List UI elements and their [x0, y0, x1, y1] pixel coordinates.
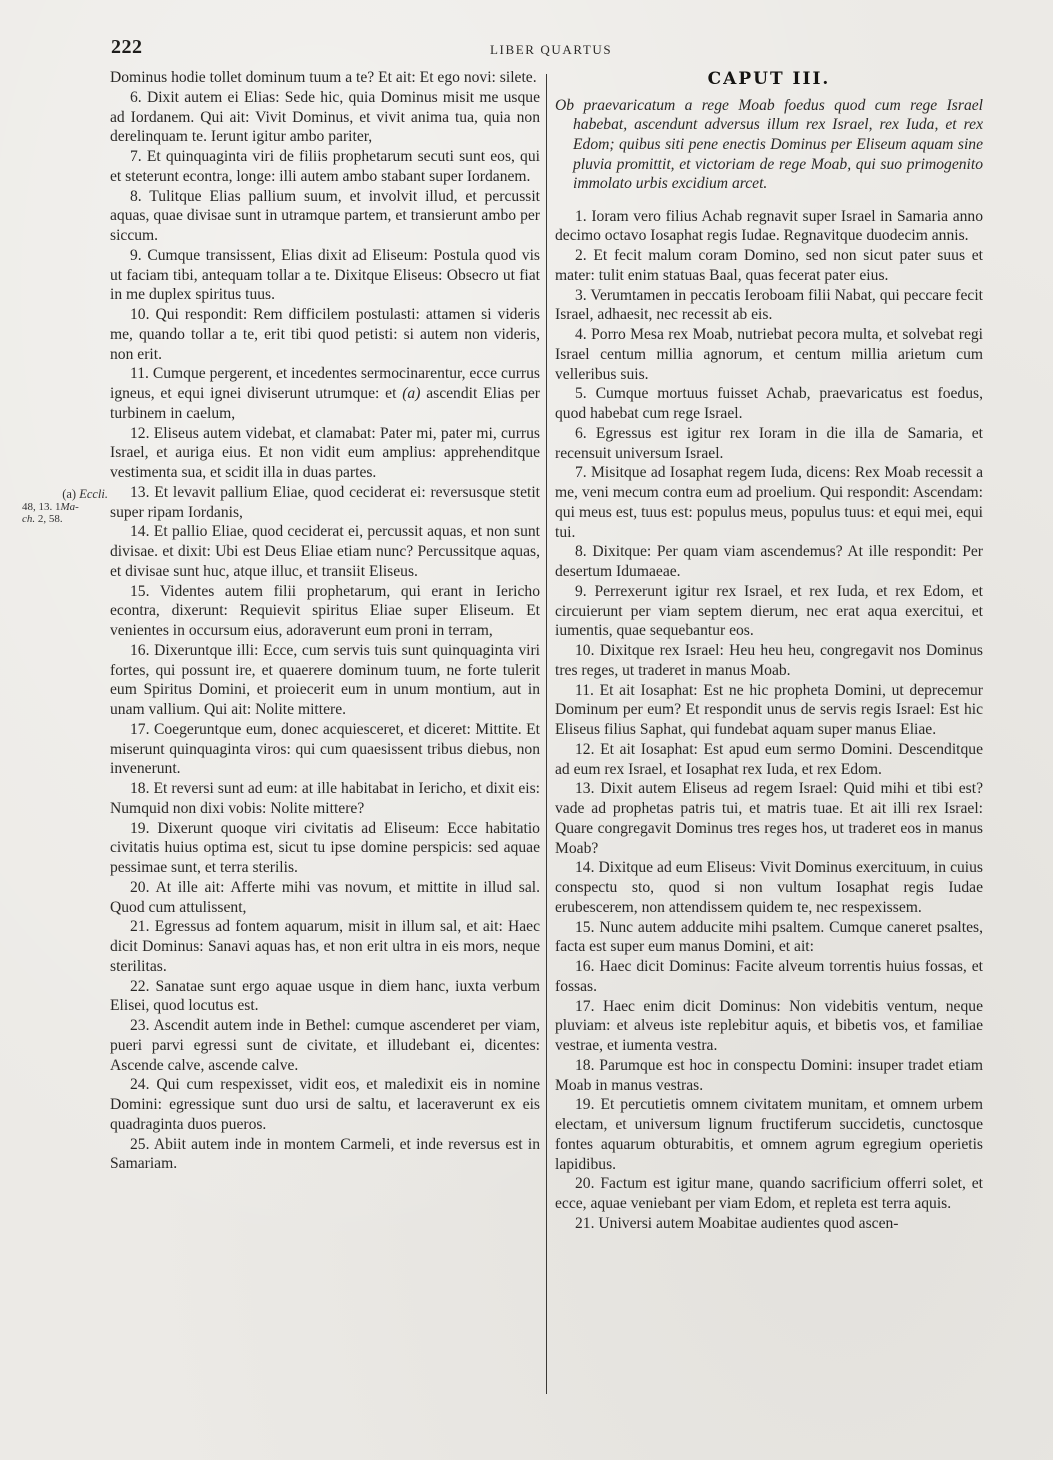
verse-text: Porro Mesa rex Moab, nutriebat pecora mu…: [555, 326, 983, 383]
verse-text: Coegeruntque eum, donec acquiesceret, et…: [110, 721, 540, 778]
margin-note-book: Eccli.: [79, 487, 108, 501]
verse-number: 20.: [130, 879, 150, 896]
verse-number: 8.: [130, 188, 142, 205]
verse-text: Et fecit malum coram Domino, sed non sic…: [555, 247, 983, 284]
verse-text: Et percutietis omnem civitatem munitam, …: [555, 1096, 983, 1172]
verse: 10. Qui respondit: Rem difficilem postul…: [110, 305, 540, 364]
verse: 12. Eliseus autem videbat, et clamabat: …: [110, 424, 540, 483]
verse-number: 11.: [130, 365, 149, 382]
verse-text: Videntes autem filii prophetarum, qui er…: [110, 583, 540, 640]
verse-number: 8.: [575, 543, 587, 560]
verse-number: 22.: [130, 978, 150, 995]
verse-text: Factum est igitur mane, quando sacrifici…: [555, 1175, 983, 1212]
verse-number: 18.: [575, 1057, 595, 1074]
verse-text: Cumque mortuus fuisset Achab, praevarica…: [555, 385, 983, 422]
column-divider: [546, 74, 547, 1394]
verse-number: 15.: [575, 919, 595, 936]
verse: 23. Ascendit autem inde in Bethel: cumqu…: [110, 1016, 540, 1075]
verse: 3. Verumtamen in peccatis Ieroboam filii…: [555, 286, 983, 326]
verse: 13. Dixit autem Eliseus ad regem Israel:…: [555, 779, 983, 858]
verse-number: 4.: [575, 326, 587, 343]
verse-text: Dixit autem Eliseus ad regem Israel: Qui…: [555, 780, 983, 856]
margin-note-line-1: (a) Eccli.: [22, 487, 108, 501]
verse-number: 25.: [130, 1136, 150, 1153]
verse-text: Et levavit pallium Eliae, quod ceciderat…: [110, 484, 540, 521]
footnote-ref: (a): [402, 385, 420, 402]
verse-text: Tulitque Elias pallium suum, et involvit…: [110, 188, 540, 245]
verse: 21. Universi autem Moabitae audientes qu…: [555, 1214, 983, 1234]
verse-text: Qui respondit: Rem difficilem postulasti…: [110, 306, 540, 363]
verse: 6. Egressus est igitur rex Ioram in die …: [555, 424, 983, 464]
verse: 16. Dixeruntque illi: Ecce, cum servis t…: [110, 641, 540, 720]
right-verse-list: 1. Ioram vero filius Achab regnavit supe…: [555, 207, 983, 1234]
verse-number: 16.: [575, 958, 595, 975]
verse-number: 21.: [575, 1215, 595, 1232]
chapter-summary: Ob praevaricatum a rege Moab foedus quod…: [555, 96, 983, 194]
verse: 15. Videntes autem filii prophetarum, qu…: [110, 582, 540, 641]
verse: 21. Egressus ad fontem aquarum, misit in…: [110, 917, 540, 976]
verse-number: 7.: [130, 148, 142, 165]
verse: 14. Dixitque ad eum Eliseus: Vivit Domin…: [555, 858, 983, 917]
continuation-text: Dominus hodie tollet dominum tuum a te? …: [110, 68, 540, 88]
verse: 7. Et quinquaginta viri de filiis prophe…: [110, 147, 540, 187]
verse-number: 10.: [575, 642, 595, 659]
verse-number: 13.: [575, 780, 595, 797]
verse-text: Dixitque ad eum Eliseus: Vivit Dominus e…: [555, 859, 983, 916]
verse-number: 11.: [575, 682, 594, 699]
left-column: Dominus hodie tollet dominum tuum a te? …: [110, 68, 540, 1174]
verse: 9. Perrexerunt igitur rex Israel, et rex…: [555, 582, 983, 641]
verse: 25. Abiit autem inde in montem Carmeli, …: [110, 1135, 540, 1175]
verse-number: 7.: [575, 464, 587, 481]
verse-number: 5.: [575, 385, 587, 402]
verse-number: 9.: [130, 247, 142, 264]
verse-text: Ascendit autem inde in Bethel: cumque as…: [110, 1017, 540, 1074]
verse: 13. Et levavit pallium Eliae, quod cecid…: [110, 483, 540, 523]
verse-text: Et reversi sunt ad eum: at ille habitaba…: [110, 780, 540, 817]
verse: 14. Et pallio Eliae, quod ceciderat ei, …: [110, 522, 540, 581]
verse: 18. Et reversi sunt ad eum: at ille habi…: [110, 779, 540, 819]
verse: 19. Et percutietis omnem civitatem munit…: [555, 1095, 983, 1174]
verse-number: 1.: [575, 208, 587, 225]
verse-number: 14.: [575, 859, 595, 876]
verse: 8. Dixitque: Per quam viam ascendemus? A…: [555, 542, 983, 582]
verse: 11. Cumque pergerent, et incedentes serm…: [110, 364, 540, 423]
verse-number: 10.: [130, 306, 150, 323]
verse-number: 6.: [130, 89, 142, 106]
verse: 8. Tulitque Elias pallium suum, et invol…: [110, 187, 540, 246]
verse-text: At ille ait: Afferte mihi vas novum, et …: [110, 879, 540, 916]
verse-text: Dixitque rex Israel: Heu heu heu, congre…: [555, 642, 983, 679]
page-number: 222: [111, 36, 143, 59]
verse-text: Dixeruntque illi: Ecce, cum servis tuis …: [110, 642, 540, 718]
verse: 10. Dixitque rex Israel: Heu heu heu, co…: [555, 641, 983, 681]
verse-number: 21.: [130, 918, 150, 935]
verse: 18. Parumque est hoc in conspectu Domini…: [555, 1056, 983, 1096]
verse: 17. Coegeruntque eum, donec acquiesceret…: [110, 720, 540, 779]
verse-text: Abiit autem inde in montem Carmeli, et i…: [110, 1136, 540, 1173]
verse-text: Sanatae sunt ergo aquae usque in diem ha…: [110, 978, 540, 1015]
verse: 20. Factum est igitur mane, quando sacri…: [555, 1174, 983, 1214]
verse: 24. Qui cum respexisset, vidit eos, et m…: [110, 1075, 540, 1134]
margin-note-book-3: ch.: [22, 513, 35, 525]
book-page: 222 LIBER QUARTUS (a) Eccli. 48, 13. 1Ma…: [0, 0, 1053, 1460]
verse-number: 24.: [130, 1076, 150, 1093]
left-verse-list: 6. Dixit autem ei Elias: Sede hic, quia …: [110, 88, 540, 1174]
margin-note-citation-2: 2, 58.: [35, 513, 63, 525]
verse-number: 12.: [130, 425, 150, 442]
verse: 4. Porro Mesa rex Moab, nutriebat pecora…: [555, 325, 983, 384]
verse-number: 19.: [130, 820, 150, 837]
verse-text: Qui cum respexisset, vidit eos, et maled…: [110, 1076, 540, 1133]
verse-text: Ioram vero filius Achab regnavit super I…: [555, 208, 983, 245]
verse: 20. At ille ait: Afferte mihi vas novum,…: [110, 878, 540, 918]
verse-number: 17.: [575, 998, 595, 1015]
verse-number: 16.: [130, 642, 150, 659]
verse-number: 23.: [130, 1017, 150, 1034]
verse: 17. Haec enim dicit Dominus: Non videbit…: [555, 997, 983, 1056]
verse-number: 18.: [130, 780, 150, 797]
verse-text: Eliseus autem videbat, et clamabat: Pate…: [110, 425, 540, 482]
verse-number: 19.: [575, 1096, 595, 1113]
verse-number: 2.: [575, 247, 587, 264]
verse-text: Dixerunt quoque viri civitatis ad Eliseu…: [110, 820, 540, 877]
running-head: LIBER QUARTUS: [490, 42, 612, 58]
verse-number: 9.: [575, 583, 587, 600]
margin-note-book-2: Ma-: [61, 501, 79, 513]
verse-text: Et quinquaginta viri de filiis prophetar…: [110, 148, 540, 185]
verse: 9. Cumque transissent, Elias dixit ad El…: [110, 246, 540, 305]
verse: 19. Dixerunt quoque viri civitatis ad El…: [110, 819, 540, 878]
verse-number: 20.: [575, 1175, 595, 1192]
verse: 1. Ioram vero filius Achab regnavit supe…: [555, 207, 983, 247]
verse: 5. Cumque mortuus fuisset Achab, praevar…: [555, 384, 983, 424]
verse: 11. Et ait Iosaphat: Est ne hic propheta…: [555, 681, 983, 740]
margin-note-line-3: ch. 2, 58.: [22, 513, 63, 525]
verse-text: Perrexerunt igitur rex Israel, et rex Iu…: [555, 583, 983, 640]
verse-number: 17.: [130, 721, 150, 738]
verse-text: Et ait Iosaphat: Est ne hic propheta Dom…: [555, 682, 983, 739]
verse-text: Cumque transissent, Elias dixit ad Elise…: [110, 247, 540, 304]
verse-number: 6.: [575, 425, 587, 442]
verse-text: Nunc autem adducite mihi psaltem. Cumque…: [555, 919, 983, 956]
verse-number: 15.: [130, 583, 150, 600]
verse-text: Egressus est igitur rex Ioram in die ill…: [555, 425, 983, 462]
verse: 7. Misitque ad Iosaphat regem Iuda, dice…: [555, 463, 983, 542]
verse-text: Dixit autem ei Elias: Sede hic, quia Dom…: [110, 89, 540, 146]
verse-text: Et ait Iosaphat: Est apud eum sermo Domi…: [555, 741, 983, 778]
verse-text: Parumque est hoc in conspectu Domini: in…: [555, 1057, 983, 1094]
verse-text: Egressus ad fontem aquarum, misit in ill…: [110, 918, 540, 975]
verse: 2. Et fecit malum coram Domino, sed non …: [555, 246, 983, 286]
margin-note: (a) Eccli. 48, 13. 1Ma- ch. 2, 58.: [22, 487, 108, 525]
verse-text: Et pallio Eliae, quod ceciderat ei, perc…: [110, 523, 540, 580]
verse: 22. Sanatae sunt ergo aquae usque in die…: [110, 977, 540, 1017]
verse: 16. Haec dicit Dominus: Facite alveum to…: [555, 957, 983, 997]
verse-text: Universi autem Moabitae audientes quod a…: [598, 1215, 898, 1232]
verse-number: 13.: [130, 484, 150, 501]
verse-number: 14.: [130, 523, 150, 540]
verse-text: Misitque ad Iosaphat regem Iuda, dicens:…: [555, 464, 983, 540]
verse-number: 3.: [575, 287, 587, 304]
right-column: CAPUT III. Ob praevaricatum a rege Moab …: [555, 68, 983, 1234]
verse-text: Haec enim dicit Dominus: Non videbitis v…: [555, 998, 983, 1055]
verse-text: Verumtamen in peccatis Ieroboam filii Na…: [555, 287, 983, 324]
chapter-title: CAPUT III.: [555, 70, 983, 90]
verse-text: Haec dicit Dominus: Facite alveum torren…: [555, 958, 983, 995]
verse: 15. Nunc autem adducite mihi psaltem. Cu…: [555, 918, 983, 958]
margin-note-ref: (a): [62, 487, 76, 501]
verse-text: Dixitque: Per quam viam ascendemus? At i…: [555, 543, 983, 580]
verse-number: 12.: [575, 741, 595, 758]
verse: 12. Et ait Iosaphat: Est apud eum sermo …: [555, 740, 983, 780]
verse: 6. Dixit autem ei Elias: Sede hic, quia …: [110, 88, 540, 147]
margin-note-citation: 48, 13. 1: [22, 501, 61, 513]
margin-note-line-2: 48, 13. 1Ma-: [22, 501, 79, 513]
